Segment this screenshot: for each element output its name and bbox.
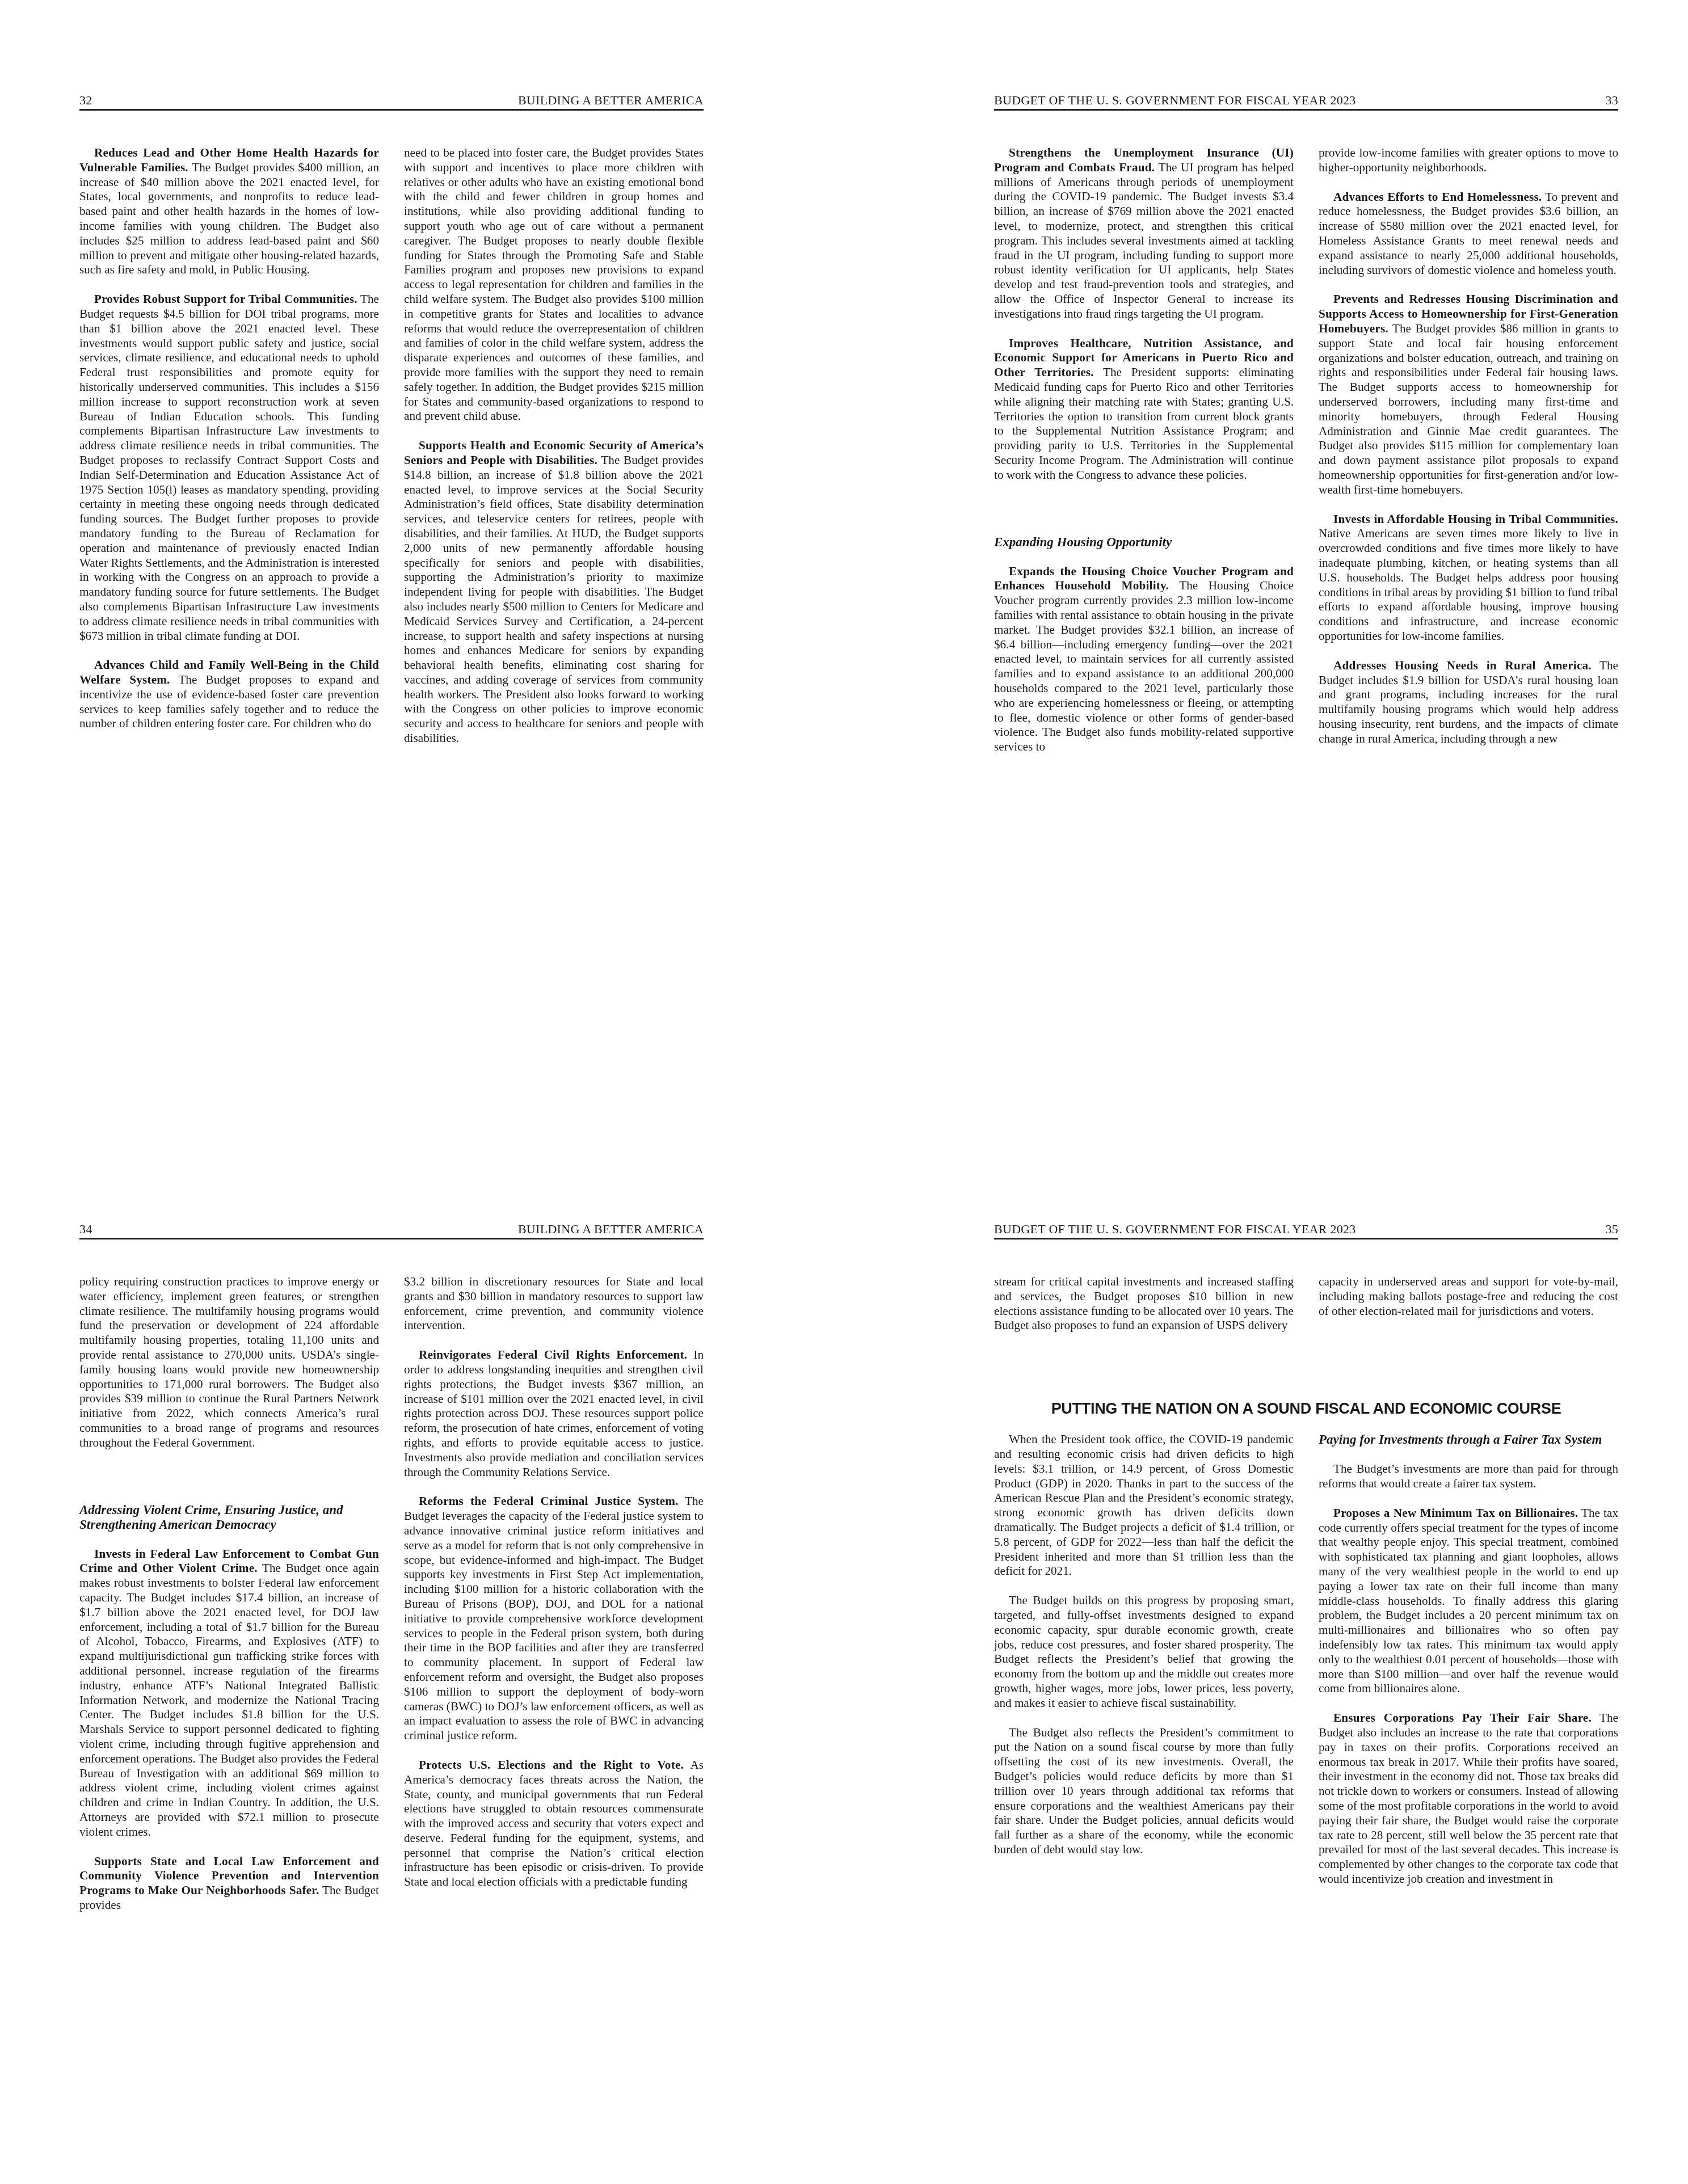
paragraph: Advances Efforts to End Homelessness. To… [1319, 190, 1618, 278]
column-right: capacity in underserved areas and suppor… [1319, 1275, 1618, 1348]
paragraph: Supports Health and Economic Security of… [404, 439, 704, 746]
paragraph: The Budget builds on this progress by pr… [994, 1593, 1294, 1710]
page-33: BUDGET OF THE U. S. GOVERNMENT FOR FISCA… [994, 91, 1618, 769]
section-heading: Addressing Violent Crime, Ensuring Justi… [79, 1503, 379, 1532]
page-32: 32 BUILDING A BETTER AMERICA Reduces Lea… [79, 91, 704, 761]
paragraph: Invests in Affordable Housing in Tribal … [1319, 512, 1618, 644]
paragraph: Ensures Corporations Pay Their Fair Shar… [1319, 1711, 1618, 1887]
paragraph: Reduces Lead and Other Home Health Hazar… [79, 146, 379, 277]
page-number: 34 [79, 1222, 92, 1237]
page-34: 34 BUILDING A BETTER AMERICA policy requ… [79, 1220, 704, 1928]
column-right: Paying for Investments through a Fairer … [1319, 1432, 1618, 1901]
paragraph-continued: provide low-income families with greater… [1319, 146, 1618, 175]
paragraph: Protects U.S. Elections and the Right to… [404, 1758, 704, 1890]
paragraph: Improves Healthcare, Nutrition Assistanc… [994, 336, 1294, 483]
paragraph: When the President took office, the COVI… [994, 1432, 1294, 1579]
column-right: need to be placed into foster care, the … [404, 146, 704, 761]
column-left: policy requiring construction practices … [79, 1275, 379, 1928]
section-heading: Expanding Housing Opportunity [994, 535, 1294, 550]
paragraph-continued: need to be placed into foster care, the … [404, 146, 704, 424]
column-left: When the President took office, the COVI… [994, 1432, 1294, 1901]
paragraph: Provides Robust Support for Tribal Commu… [79, 292, 379, 643]
column-left: Strengthens the Unemployment Insurance (… [994, 146, 1294, 769]
page-number: 33 [1605, 93, 1618, 108]
paragraph: The Budget’s investments are more than p… [1319, 1462, 1618, 1491]
paragraph: Proposes a New Minimum Tax on Billionair… [1319, 1506, 1618, 1696]
paragraph: Invests in Federal Law Enforcement to Co… [79, 1547, 379, 1840]
running-head-title: BUDGET OF THE U. S. GOVERNMENT FOR FISCA… [994, 1222, 1356, 1237]
page-35: BUDGET OF THE U. S. GOVERNMENT FOR FISCA… [994, 1220, 1618, 1901]
paragraph-continued: $3.2 billion in discretionary resources … [404, 1275, 704, 1333]
paragraph: Expands the Housing Choice Voucher Progr… [994, 564, 1294, 754]
running-head-title: BUDGET OF THE U. S. GOVERNMENT FOR FISCA… [994, 93, 1356, 108]
paragraph: Reinvigorates Federal Civil Rights Enfor… [404, 1348, 704, 1479]
chapter-heading: PUTTING THE NATION ON A SOUND FISCAL AND… [994, 1400, 1618, 1418]
paragraph: Addresses Housing Needs in Rural America… [1319, 659, 1618, 747]
section-heading: Paying for Investments through a Fairer … [1319, 1432, 1618, 1447]
running-head: BUDGET OF THE U. S. GOVERNMENT FOR FISCA… [994, 91, 1618, 111]
running-head: 32 BUILDING A BETTER AMERICA [79, 91, 704, 111]
running-head-title: BUILDING A BETTER AMERICA [518, 93, 704, 108]
page-number: 32 [79, 93, 92, 108]
running-head-title: BUILDING A BETTER AMERICA [518, 1222, 704, 1237]
paragraph-continued: capacity in underserved areas and suppor… [1319, 1275, 1618, 1318]
column-right: $3.2 billion in discretionary resources … [404, 1275, 704, 1928]
paragraph: The Budget also reflects the President’s… [994, 1726, 1294, 1857]
paragraph-continued: policy requiring construction practices … [79, 1275, 379, 1451]
running-head: BUDGET OF THE U. S. GOVERNMENT FOR FISCA… [994, 1220, 1618, 1239]
paragraph: Strengthens the Unemployment Insurance (… [994, 146, 1294, 322]
paragraph: Prevents and Redresses Housing Discrimin… [1319, 292, 1618, 497]
paragraph: Reforms the Federal Criminal Justice Sys… [404, 1494, 704, 1743]
column-right: provide low-income families with greater… [1319, 146, 1618, 769]
paragraph: Supports State and Local Law Enforcement… [79, 1854, 379, 1913]
running-head: 34 BUILDING A BETTER AMERICA [79, 1220, 704, 1239]
paragraph-continued: stream for critical capital investments … [994, 1275, 1294, 1333]
page-number: 35 [1605, 1222, 1618, 1237]
column-left: Reduces Lead and Other Home Health Hazar… [79, 146, 379, 761]
paragraph: Advances Child and Family Well-Being in … [79, 658, 379, 731]
column-left: stream for critical capital investments … [994, 1275, 1294, 1348]
